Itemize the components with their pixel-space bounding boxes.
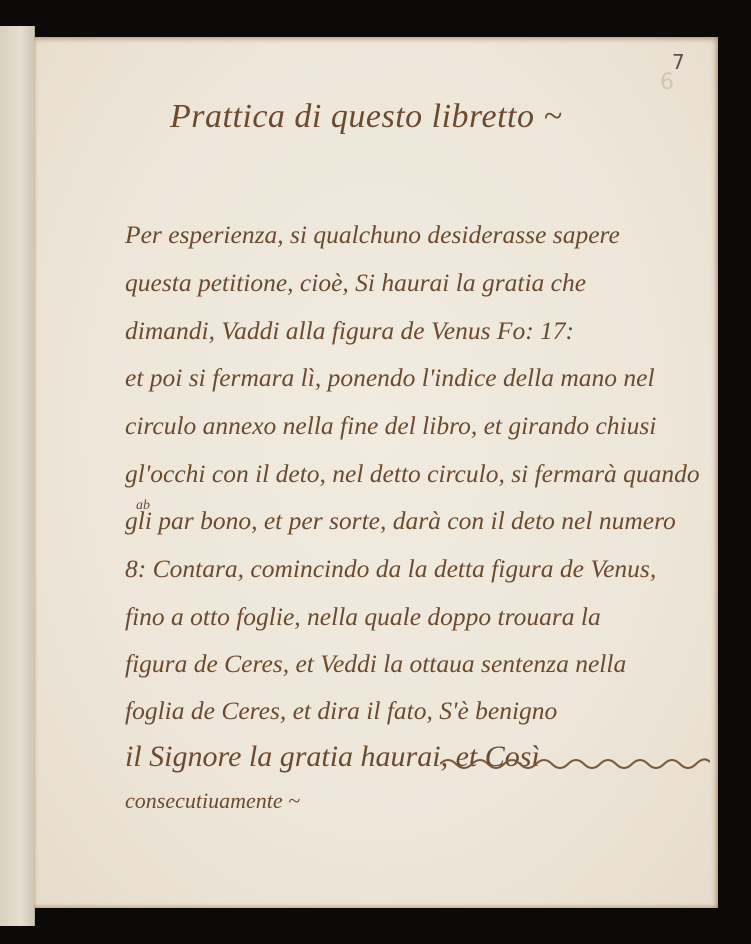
folio-number: 7 bbox=[672, 50, 685, 74]
line-filler-flourish bbox=[440, 752, 710, 772]
text-line-9: fino a otto foglie, nella quale doppo tr… bbox=[125, 604, 601, 630]
text-line-5: circulo annexo nella fine del libro, et … bbox=[125, 413, 656, 439]
facing-page-edge bbox=[0, 26, 35, 926]
text-line-2: questa petitione, cioè, Si haurai la gra… bbox=[125, 270, 586, 296]
page-title: Prattica di questo libretto ~ bbox=[170, 98, 562, 136]
text-line-8: 8: Contara, comincindo da la detta figur… bbox=[125, 556, 656, 582]
text-line-4: et poi si fermara lì, ponendo l'indice d… bbox=[125, 365, 655, 391]
text-line-1: Per esperienza, si qualchuno desiderasse… bbox=[125, 222, 620, 248]
text-line-6: gl'occhi con il deto, nel detto circulo,… bbox=[125, 461, 700, 487]
text-line-11: foglia de Ceres, et dira il fato, S'è be… bbox=[125, 698, 557, 724]
text-line-10: figura de Ceres, et Veddi la ottaua sent… bbox=[125, 651, 626, 677]
text-line-3: dimandi, Vaddi alla figura de Venus Fo: … bbox=[125, 318, 574, 344]
text-line-7: gli par bono, et per sorte, darà con il … bbox=[125, 508, 676, 534]
text-line-13: consecutiuamente ~ bbox=[125, 790, 300, 812]
